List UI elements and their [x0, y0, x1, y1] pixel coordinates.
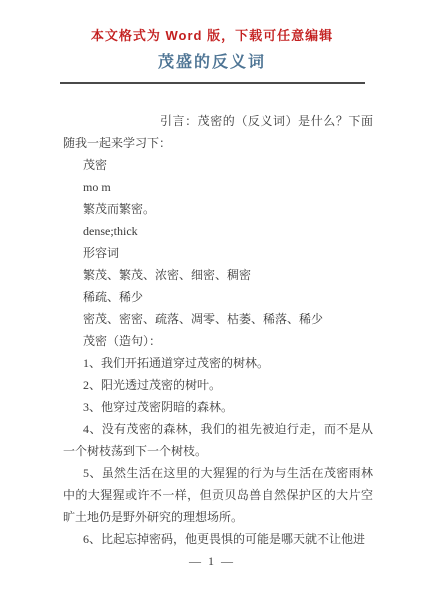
body-paragraph: 4、没有茂密的森林，我们的祖先被迫行走，而不是从一个树枝荡到下一个树枝。 [63, 418, 373, 462]
body-paragraph: 繁茂、繁茂、浓密、细密、稠密 [63, 264, 373, 286]
page-title: 茂盛的反义词 [0, 53, 424, 73]
body-paragraph: 3、他穿过茂密阴暗的森林。 [63, 396, 373, 418]
title-divider [60, 82, 365, 84]
body-paragraph: 茂密 [63, 154, 373, 176]
body-paragraph: 茂密（造句）： [63, 330, 373, 352]
page-number: — 1 — [0, 550, 424, 572]
body-paragraph: 6、比起忘掉密码，他更畏惧的可能是哪天就不让他进 [63, 528, 373, 550]
body-paragraph: 2、阳光透过茂密的树叶。 [63, 374, 373, 396]
body-paragraph: 稀疏、稀少 [63, 286, 373, 308]
body-paragraph: dense;thick [63, 220, 373, 242]
body-paragraph: 1、我们开拓通道穿过茂密的树林。 [63, 352, 373, 374]
body-paragraph: 引言：茂密的（反义词）是什么？下面随我一起来学习下： [63, 110, 373, 154]
body-paragraph: 形容词 [63, 242, 373, 264]
document-page: 本文格式为 Word 版，下载可任意编辑 茂盛的反义词 引言：茂密的（反义词）是… [0, 0, 424, 600]
header-notice: 本文格式为 Word 版，下载可任意编辑 [0, 0, 424, 45]
body-paragraph: 繁茂而繁密。 [63, 198, 373, 220]
body-paragraph: mo m [63, 176, 373, 198]
body-paragraph: 密茂、密密、疏落、凋零、枯萎、稀落、稀少 [63, 308, 373, 330]
document-body: 引言：茂密的（反义词）是什么？下面随我一起来学习下：茂密mo m繁茂而繁密。de… [63, 110, 373, 550]
body-paragraph: 5、虽然生活在这里的大猩猩的行为与生活在茂密雨林中的大猩猩或许不一样，但贡贝岛兽… [63, 462, 373, 528]
